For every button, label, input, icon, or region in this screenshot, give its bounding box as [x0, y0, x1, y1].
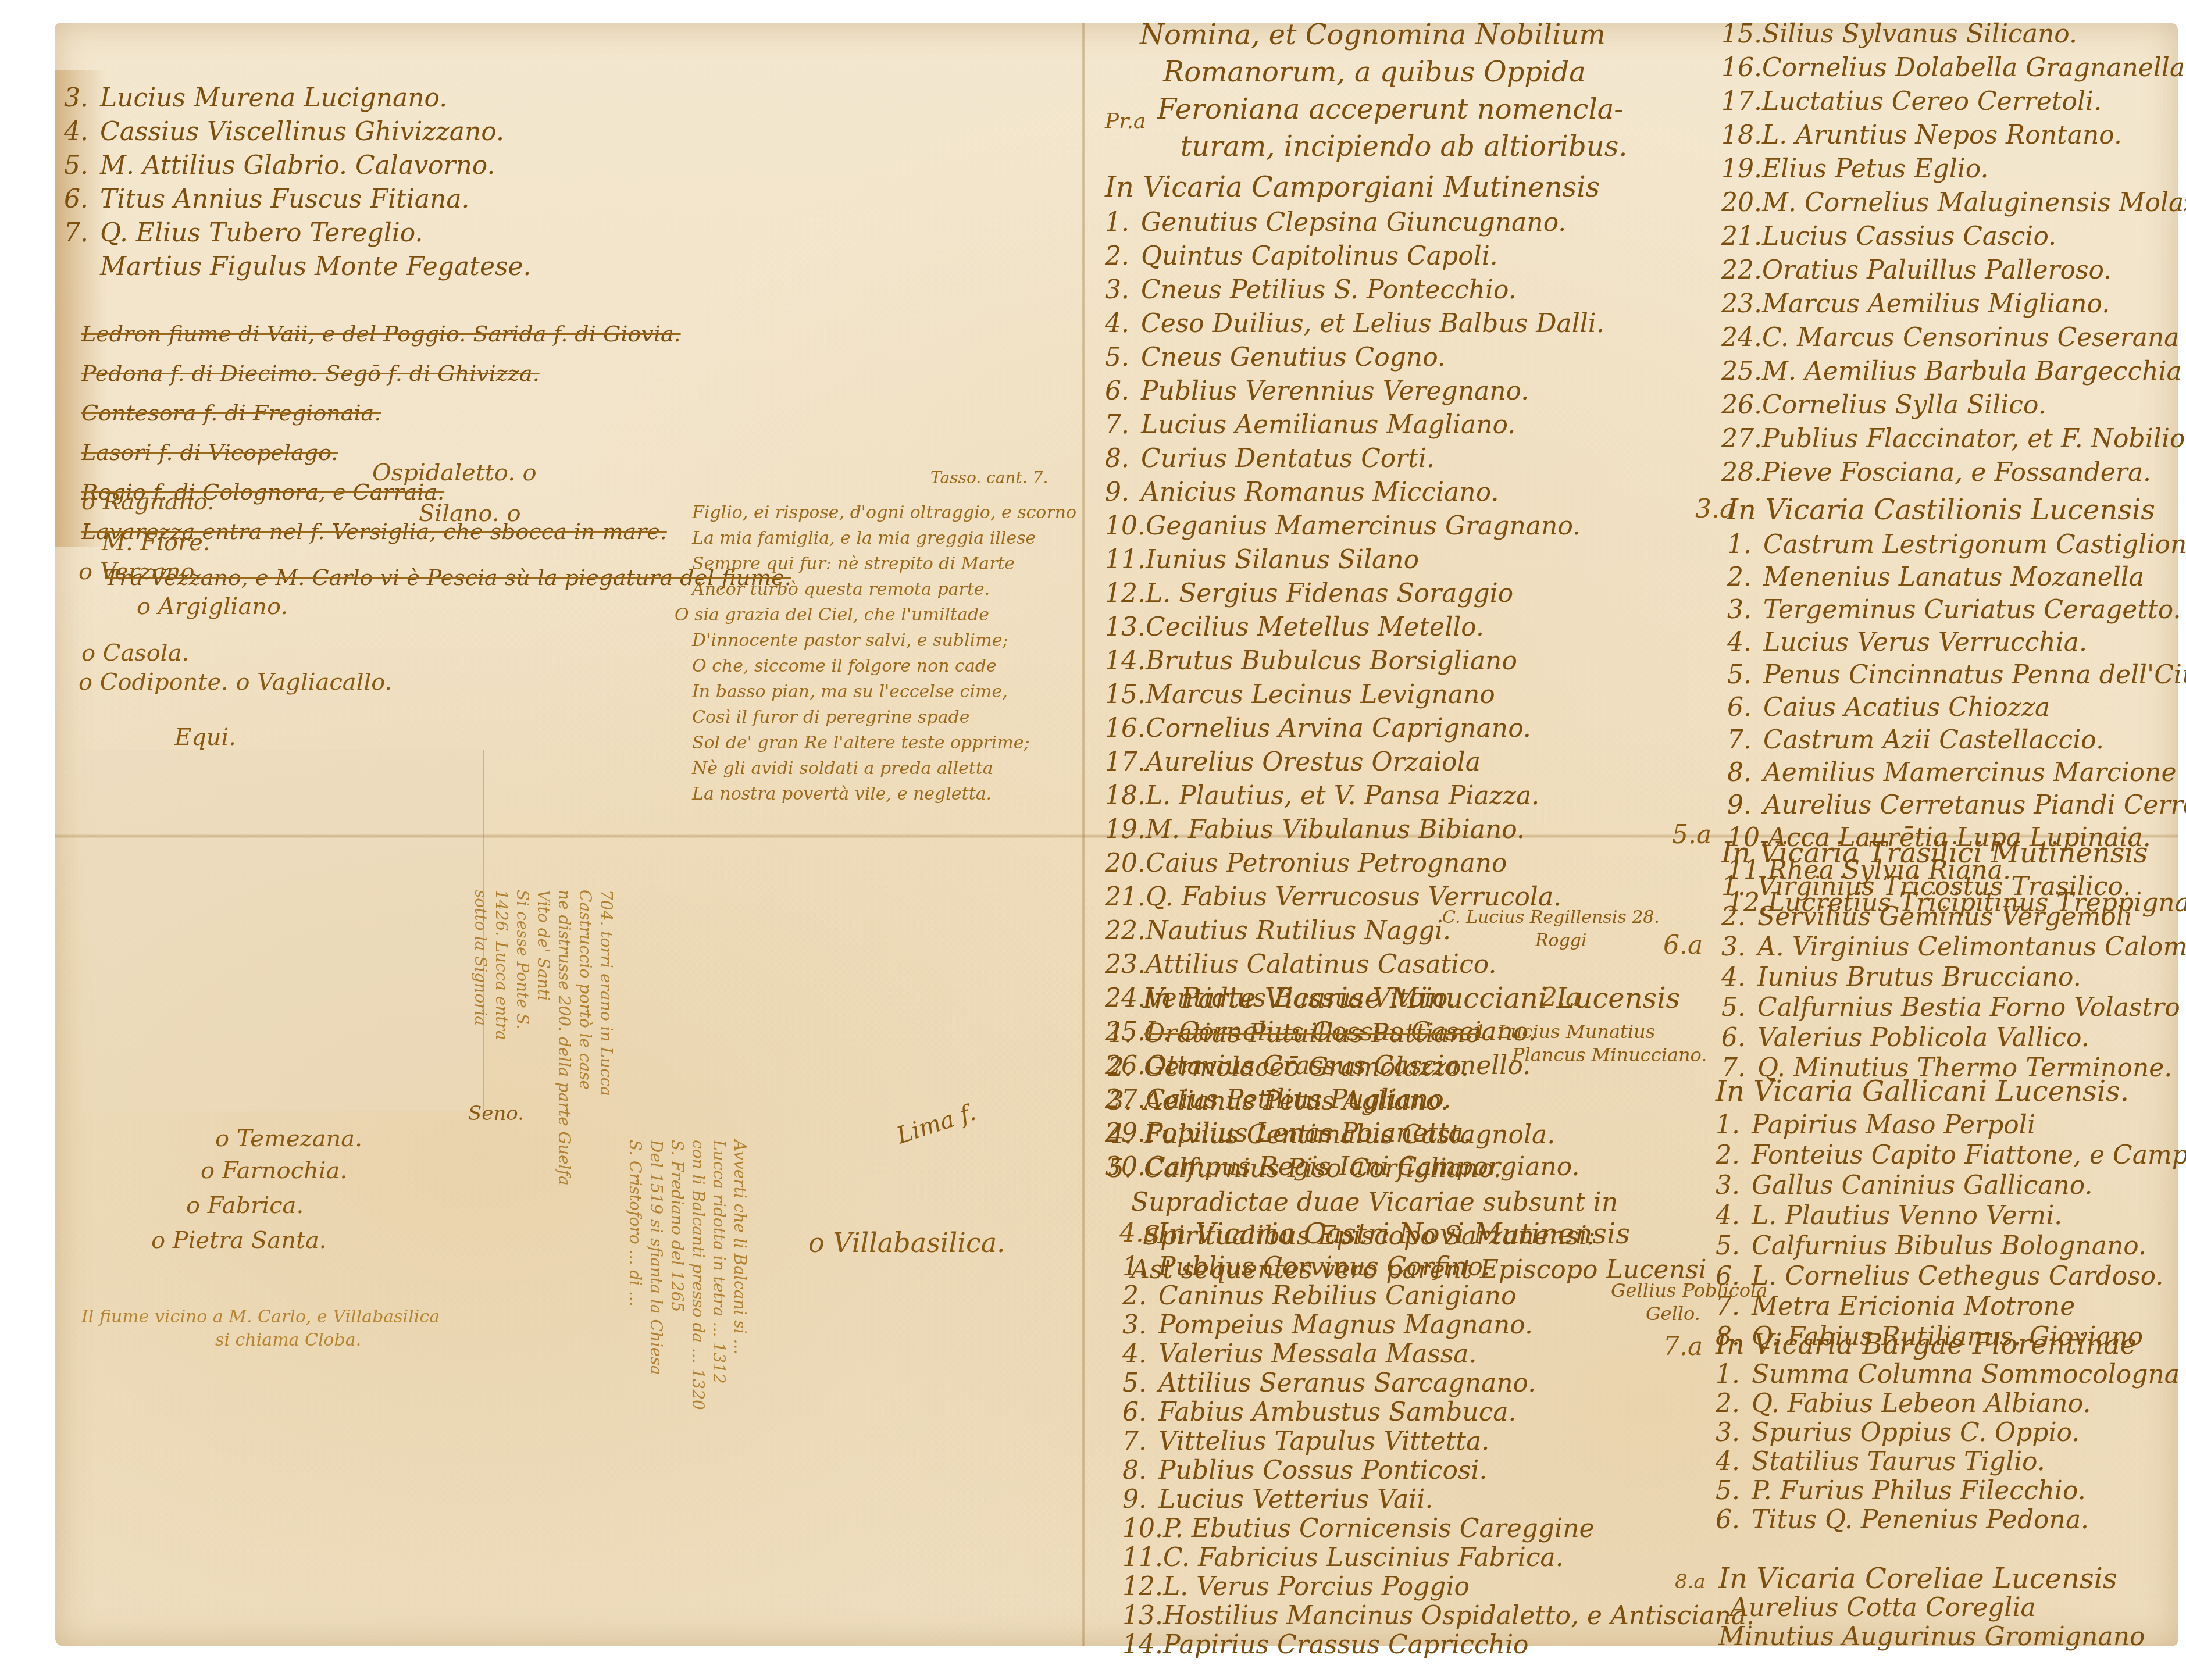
poem-line: Nè gli avidi soldati a preda alletta — [692, 756, 1076, 782]
place-label: Silano. o — [419, 500, 521, 527]
entry: 12.L. Verus Porcius Poggio — [1122, 1572, 1754, 1601]
margin-note: Plancus Minucciano. — [1512, 1044, 1707, 1066]
entry: 10.Geganius Mamercinus Gragnano. — [1105, 509, 1604, 543]
entry: 10.P. Ebutius Cornicensis Careggine — [1122, 1514, 1754, 1543]
entry: 3.Gallus Caninius Gallicano. — [1716, 1171, 2186, 1201]
entry: 7.Castrum Azii Castellaccio. — [1727, 724, 2186, 757]
entry: 9.Anicius Romanus Micciano. — [1105, 476, 1604, 509]
struck-note: Ledron fiume di Vaii, e del Poggio. Sari… — [81, 314, 791, 354]
entry: 12.L. Sergius Fidenas Soraggio — [1105, 577, 1604, 611]
entry: 5.P. Furius Philus Filecchio. — [1716, 1476, 2180, 1506]
entry: 24.C. Marcus Censorinus Ceserana — [1721, 321, 2186, 355]
note-line: si chiama Cloba. — [81, 1329, 440, 1352]
entry: 15.Marcus Lecinus Levignano — [1105, 678, 1604, 712]
entry: 19.Elius Petus Eglio. — [1721, 152, 2186, 186]
entry: 5.Calfurnius Piso Corfigliano. — [1108, 1152, 1707, 1186]
title-line: Feroniana acceperunt nomencla- — [1140, 91, 1628, 128]
entry: 28.Pieve Fosciana, e Fossandera. — [1721, 456, 2186, 490]
margin-note: 1. Lucius Munatius — [1474, 1021, 1655, 1043]
entry: 1.Publius Corvinus Corfino. — [1122, 1253, 1754, 1282]
entry: 7.Lucius Aemilianus Magliano. — [1105, 408, 1604, 442]
section-heading: In Vicaria Castilionis Lucensis — [1727, 491, 2186, 529]
section-heading: In Parte Vicariae Minucciani Lucensis — [1108, 980, 1707, 1017]
poem-line: Sol de' gran Re l'altere teste opprime; — [692, 730, 1076, 756]
entry: 5.Penus Cincinnatus Penna dell'Ciuccio — [1727, 659, 2186, 691]
vertical-note: Si cesse Ponte S. — [512, 890, 533, 1186]
place-label: o Temezana. — [215, 1125, 362, 1152]
entry: 6.L. Cornelius Cethegus Cardoso. — [1716, 1261, 2186, 1292]
entry: 9.Aurelius Cerretanus Piandi Cerreto — [1727, 789, 2186, 822]
entry: 13.Cecilius Metellus Metello. — [1105, 611, 1604, 644]
entry: 3.Spurius Oppius C. Oppio. — [1716, 1418, 2180, 1447]
entry: 1.Castrum Lestrigonum Castiglione — [1727, 529, 2186, 561]
vertical-note: sotto la Signoria — [470, 890, 491, 1186]
entry: 18.L. Aruntius Nepos Rontano. — [1721, 119, 2186, 152]
note-line: Il fiume vicino a M. Carlo, e Villabasil… — [81, 1306, 440, 1329]
entry: 19.M. Fabius Vibulanus Bibiano. — [1105, 813, 1604, 847]
entry: 27.Publius Flaccinator, et F. Nobilior — [1721, 422, 2186, 456]
vicaria-gallicani: In Vicaria Gallicani Lucensis. 1.Papiriu… — [1716, 1073, 2186, 1352]
list-item: 4.Cassius Viscellinus Ghivizzano. — [64, 115, 532, 149]
entry: 20.Caius Petronius Petrognano — [1105, 847, 1604, 880]
vertical-note: ne distrusse 200. della parte Guelfa — [554, 890, 575, 1186]
vertical-note: 1426. Lucca entra — [491, 890, 512, 1186]
entry: 25.M. Aemilius Barbula Bargecchia — [1721, 355, 2186, 388]
entry: 8.Aemilius Mamercinus Marcione — [1727, 757, 2186, 789]
entry: 15.Silius Sylvanus Silicano. — [1721, 17, 2186, 51]
title-line: Nomina, et Cognomina Nobilium — [1140, 16, 1628, 53]
left-top-list: 3.Lucius Murena Lucignano. 4.Cassius Vis… — [64, 81, 532, 284]
place-label: o Ragnano. — [81, 488, 215, 515]
entry: 11.Iunius Silanus Silano — [1105, 543, 1604, 577]
entry: 2.Servilius Geminus Vergemoli — [1721, 902, 2186, 932]
entry: 5.Cneus Genutius Cogno. — [1105, 341, 1604, 374]
entry: 4.Ceso Duilius, et Lelius Balbus Dalli. — [1105, 307, 1604, 341]
entry: 5.Attilius Seranus Sarcagnano. — [1122, 1369, 1754, 1398]
entry: 6.Titus Q. Penenius Pedona. — [1716, 1506, 2180, 1535]
entry: 4.L. Plautius Venno Verni. — [1716, 1201, 2186, 1231]
entry: 4.Valerius Messala Massa. — [1122, 1340, 1754, 1369]
poem-line: O che, siccome il folgore non cade — [692, 654, 1076, 679]
section-heading: In Vicaria Camporgiani Mutinensis — [1105, 169, 1604, 206]
entry: 1.Summa Columna Sommocologna — [1716, 1360, 2180, 1389]
section-marker: 8.a — [1675, 1570, 1706, 1593]
struck-note: Contesora f. di Fregionaia. — [81, 393, 791, 433]
entry: 5.Calfurnius Bestia Forno Volastro — [1721, 993, 2186, 1023]
vertical-note: con li Balcanti presso da ... 1320 — [687, 1140, 708, 1410]
bottom-river-note: Il fiume vicino a M. Carlo, e Villabasil… — [81, 1306, 440, 1352]
poem-line: Figlio, ei rispose, d'ogni oltraggio, e … — [692, 500, 1076, 526]
entry: Aurelius Cotta Coreglia — [1718, 1593, 2145, 1622]
vertical-note: Castruccio portò le case — [575, 890, 595, 1186]
entry: 14.Brutus Bubulcus Borsigliano — [1105, 644, 1604, 678]
entry: 14.Papirius Crassus Capricchio — [1122, 1631, 1754, 1660]
margin-note: C. Lucius Regillensis 28. — [1442, 907, 1660, 928]
section-heading: In Vicaria Trasilici Mutinensis — [1721, 834, 2186, 872]
entry: 17.Aurelius Orestus Orzaiola — [1105, 746, 1604, 779]
section-heading: In Vicaria Gallicani Lucensis. — [1716, 1073, 2186, 1110]
entry: 11.C. Fabricius Luscinius Fabrica. — [1122, 1543, 1754, 1572]
entry: 4.Statilius Taurus Tiglio. — [1716, 1447, 2180, 1476]
list-item: 3.Lucius Murena Lucignano. — [64, 81, 532, 115]
entry: 8.Publius Cossus Ponticosi. — [1122, 1456, 1754, 1485]
entry: 2.Quintus Capitolinus Capoli. — [1105, 240, 1604, 273]
entry: 23.Marcus Aemilius Migliano. — [1721, 287, 2186, 321]
place-label: Equi. — [174, 724, 236, 751]
title-line: Romanorum, a quibus Oppida — [1140, 53, 1628, 91]
entry: 4.Iunius Brutus Brucciano. — [1721, 962, 2186, 993]
footer-line: Supradictae duae Vicariae subsunt in — [1108, 1186, 1707, 1219]
entry: 7.Vittelius Tapulus Vittetta. — [1122, 1427, 1754, 1456]
entry: 3.Tergeminus Curiatus Ceragetto. — [1727, 594, 2186, 626]
poem-line: O sia grazia del Ciel, che l'umiltade — [675, 602, 1076, 628]
tasso-poem: Figlio, ei rispose, d'ogni oltraggio, e … — [692, 500, 1076, 807]
vertical-note: Vito de' Santi — [533, 890, 554, 1186]
entry: 6.Publius Verennius Veregnano. — [1105, 374, 1604, 408]
entry: 16.Cornelius Arvina Caprignano. — [1105, 712, 1604, 746]
section-heading: In Vicaria Coreliae Lucensis — [1718, 1564, 2145, 1593]
poem-line: La mia famiglia, e la mia greggia illese — [692, 526, 1076, 551]
entry: Minutius Augurinus Gromignano — [1718, 1622, 2145, 1652]
column-2-continued: 15.Silius Sylvanus Silicano. 16.Corneliu… — [1721, 17, 2186, 490]
list-item: 5.M. Attilius Glabrio. Calavorno. — [64, 149, 532, 183]
entry: 23.Attilius Calatinus Casatico. — [1105, 948, 1604, 982]
vertical-notes-2: Avverti che li Balcani si ... Lucca rido… — [625, 1140, 750, 1410]
list-item: Martius Figulus Monte Fegatese. — [64, 250, 532, 284]
section-heading: In Vicaria Castri Novi Mutinensis — [1122, 1215, 1754, 1253]
poem-line: Ancor turbò questa remota parte. — [692, 577, 1076, 602]
entry: 4.Lucius Verus Verrucchia. — [1727, 626, 2186, 659]
place-label: o Fabrica. — [186, 1192, 304, 1219]
entry: 3.Cneus Petilius S. Pontecchio. — [1105, 273, 1604, 307]
vertical-note: Del 1519 si sfianta la Chiesa — [646, 1140, 666, 1410]
entry: 5.Calfurnius Bibulus Bolognano. — [1716, 1231, 2186, 1261]
section-heading: In Vicaria Bargae Florentinae — [1716, 1329, 2180, 1360]
entry: 9.Lucius Vetterius Vaii. — [1122, 1485, 1754, 1514]
entry: 13.Hostilius Mancinus Ospidaletto, e Ant… — [1122, 1601, 1754, 1631]
entry: 8.Curius Dentatus Corti. — [1105, 442, 1604, 476]
place-label: M. Fiore. — [102, 529, 211, 556]
poem-attribution: Tasso. cant. 7. — [930, 468, 1048, 487]
entry: 20.M. Cornelius Maluginensis Molazzano — [1721, 186, 2186, 220]
entry: 1.Virginius Tricostus Trasilico. — [1721, 872, 2186, 902]
entry: 21.Lucius Cassius Cascio. — [1721, 220, 2186, 254]
section-marker: 6.a — [1663, 930, 1703, 960]
entry: 2.Menenius Lanatus Mozanella — [1727, 561, 2186, 594]
list-item: 7.Q. Elius Tubero Tereglio. — [64, 216, 532, 250]
entry: 3.Aelianus Petus Agliano. — [1108, 1085, 1707, 1118]
entry: 26.Cornelius Sylla Silico. — [1721, 388, 2186, 422]
paper-repair-patch — [81, 750, 484, 1111]
place-label: o Verzano. — [79, 558, 202, 585]
margin-note: Gello. — [1646, 1303, 1700, 1325]
place-label: o Farnochia. — [201, 1157, 347, 1184]
poem-line: D'innocente pastor salvi, e sublime; — [692, 628, 1076, 654]
entry: 4.Fulvius Centimalus Castagnola. — [1108, 1118, 1707, 1152]
poem-line: In basso pian, ma su l'eccelse cime, — [692, 679, 1076, 705]
entry: 2.Q. Fabius Lebeon Albiano. — [1716, 1389, 2180, 1418]
entry: 17.Luctatius Cereo Cerretoli. — [1721, 85, 2186, 119]
place-label: o Pietra Santa. — [151, 1227, 327, 1254]
margin-note: Roggi — [1535, 930, 1587, 951]
poem-line: Sempre qui fur: nè strepito di Marte — [692, 551, 1076, 577]
vertical-note: S. Frediano del 1265 — [666, 1140, 687, 1410]
entry: 6.Caius Acatius Chiozza — [1727, 691, 2186, 724]
vertical-note: Avverti che li Balcani si ... — [729, 1140, 750, 1410]
section-marker: 7.a — [1663, 1332, 1703, 1361]
vertical-note: S. Cristoforo ... di ... — [625, 1140, 646, 1410]
list-item: 6.Titus Annius Fuscus Fitiana. — [64, 183, 532, 216]
right-page-title: Nomina, et Cognomina Nobilium Romanorum,… — [1140, 16, 1628, 165]
entry: 1.Genutius Clepsina Giuncugnano. — [1105, 206, 1604, 240]
section-marker: 5.a — [1672, 820, 1711, 850]
vertical-note: 704. torri erano in Lucca — [595, 890, 616, 1186]
poem-line: Così il furor di peregrine spade — [692, 705, 1076, 730]
margin-note: Gellius Poblicola — [1611, 1279, 1767, 1301]
struck-note: Pedona f. di Diecimo. Segō f. di Ghivizz… — [81, 354, 791, 393]
place-label: o Villabasilica. — [808, 1227, 1005, 1258]
entry: 6.Valerius Poblicola Vallico. — [1721, 1023, 2186, 1053]
poem-line: La nostra povertà vile, e negletta. — [692, 782, 1076, 807]
place-label: Ospidaletto. o — [372, 459, 537, 486]
place-label: o Casola. — [81, 640, 189, 666]
title-line: turam, incipiendo ab altioribus. — [1140, 128, 1628, 165]
vertical-note: Lucca ridotta in tetra ... 1312 — [708, 1140, 729, 1410]
place-label: o Codiponte. o Vagliacallo. — [79, 669, 392, 695]
entry: 7.Metra Ericionia Motrone — [1716, 1292, 2186, 1322]
vicaria-trasilici: In Vicaria Trasilici Mutinensis 1.Virgin… — [1721, 834, 2186, 1083]
vicaria-coreliae: In Vicaria Coreliae Lucensis Aurelius Co… — [1718, 1564, 2145, 1652]
entry: 3.A. Virginius Celimontanus Calomini — [1721, 932, 2186, 962]
entry: 22.Oratius Paluillus Palleroso. — [1721, 254, 2186, 287]
entry: 1.Papirius Maso Perpoli — [1716, 1110, 2186, 1140]
entry: 2.Fonteius Capito Fiattone, e Campi, — [1716, 1140, 2186, 1171]
entry: 16.Cornelius Dolabella Gragnanella — [1721, 51, 2186, 85]
place-label: o Argigliano. — [137, 593, 288, 620]
entry: 6.Fabius Ambustus Sambuca. — [1122, 1398, 1754, 1427]
entry: 18.L. Plautius, et V. Pansa Piazza. — [1105, 779, 1604, 813]
vertical-notes: 704. torri erano in Lucca Castruccio por… — [470, 890, 616, 1186]
vicaria-bargae: In Vicaria Bargae Florentinae 1.Summa Co… — [1716, 1329, 2180, 1535]
